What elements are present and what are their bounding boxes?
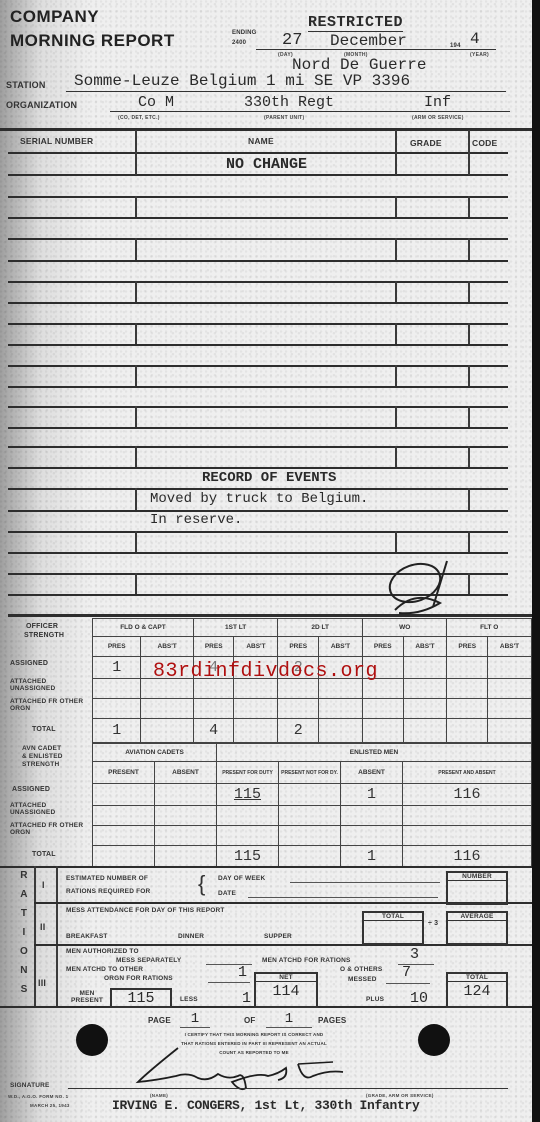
no-change-entry: NO CHANGE bbox=[226, 156, 307, 173]
report-year: 4 bbox=[470, 30, 480, 48]
rule bbox=[8, 510, 508, 512]
cell bbox=[403, 657, 447, 679]
cell: 116 bbox=[403, 784, 532, 806]
col-divider bbox=[395, 406, 397, 427]
rule bbox=[8, 196, 508, 198]
page-number: 1 bbox=[180, 1011, 210, 1028]
part-ii-numeral: II bbox=[40, 922, 45, 932]
less-label: LESS bbox=[180, 996, 198, 1003]
rule bbox=[8, 446, 508, 448]
average-box: AVERAGE bbox=[446, 911, 508, 945]
ending-time-label: 2400 bbox=[232, 40, 246, 46]
col-divider bbox=[395, 281, 397, 302]
col-divider bbox=[135, 446, 137, 467]
col-divider bbox=[468, 323, 470, 344]
subcol-absent: ABSENT bbox=[341, 762, 403, 784]
plus-value: 10 bbox=[410, 990, 428, 1007]
org-arm: Inf bbox=[424, 94, 451, 111]
rations-side-label: R A T I O N S bbox=[14, 870, 34, 1003]
col-divider bbox=[468, 365, 470, 386]
subcol-pres: PRES bbox=[447, 637, 488, 657]
others-messed-label-2: MESSED bbox=[348, 976, 377, 983]
year-prefix: 194 bbox=[450, 43, 461, 49]
subcol-abst: ABS'T bbox=[234, 637, 278, 657]
rule bbox=[8, 488, 508, 490]
date-field bbox=[248, 897, 438, 898]
men-present-label-1: MEN bbox=[66, 990, 108, 997]
subcol-present: PRESENT bbox=[93, 762, 155, 784]
group-wo: WO bbox=[362, 619, 447, 637]
rule bbox=[8, 344, 508, 346]
col-divider bbox=[468, 196, 470, 217]
col-divider bbox=[135, 130, 137, 175]
side-letter: N bbox=[14, 965, 34, 984]
station-value: Somme-Leuze Belgium 1 mi SE VP 3396 bbox=[74, 72, 410, 90]
row-label-assigned: ASSIGNED bbox=[10, 660, 48, 667]
part-iii-numeral: III bbox=[38, 978, 46, 988]
col-name: NAME bbox=[248, 136, 274, 146]
col-divider bbox=[135, 196, 137, 217]
caption-arm: (ARM OR SERVICE) bbox=[412, 115, 464, 121]
rule bbox=[8, 427, 508, 429]
subcol-pres: PRES bbox=[93, 637, 141, 657]
officer-row-attached-fr-other bbox=[93, 699, 532, 719]
col-divider bbox=[135, 281, 137, 302]
signer-name: IRVING E. CONGERS, 1st Lt, 330th Infantr… bbox=[112, 1098, 420, 1113]
side-letter: A bbox=[14, 889, 34, 908]
row-label-attached-unassigned: ATTACHED UNASSIGNED bbox=[10, 678, 90, 692]
col-divider bbox=[135, 573, 137, 594]
total-box: TOTAL bbox=[362, 911, 424, 945]
subcol-pres: PRES bbox=[278, 637, 319, 657]
plus-label: PLUS bbox=[366, 996, 384, 1003]
col-divider bbox=[395, 365, 397, 386]
average-label: AVERAGE bbox=[448, 913, 506, 921]
caption-day: (DAY) bbox=[278, 52, 293, 58]
rule bbox=[8, 323, 508, 325]
subcol-pres: PRES bbox=[193, 637, 234, 657]
col-divider bbox=[468, 238, 470, 260]
event-line-1: Moved by truck to Belgium. bbox=[150, 491, 368, 507]
report-day: 27 bbox=[282, 31, 302, 50]
men-present-label-2: PRESENT bbox=[66, 997, 108, 1004]
col-divider bbox=[468, 281, 470, 302]
group-2d-lt: 2D LT bbox=[278, 619, 363, 637]
subcol-pres: PRES bbox=[362, 637, 403, 657]
net-value: 114 bbox=[256, 982, 316, 1002]
subcol-absent: ABSENT bbox=[155, 762, 217, 784]
men-present-label: MEN PRESENT bbox=[66, 990, 108, 1004]
caption-company: (CO, DET, ETC.) bbox=[118, 115, 160, 121]
rule bbox=[8, 406, 508, 408]
row-label-attached-fr-other: ATTACHED FR OTHER ORGN bbox=[10, 698, 90, 712]
rule bbox=[8, 386, 508, 388]
col-divider bbox=[135, 323, 137, 344]
group-1st-lt: 1ST LT bbox=[193, 619, 278, 637]
date-label: DATE bbox=[218, 890, 236, 897]
enlisted-title-2: & ENLISTED bbox=[22, 753, 63, 760]
net-label: NET bbox=[256, 974, 316, 982]
men-present-value: 115 bbox=[112, 990, 170, 1007]
total-rations-box: TOTAL 124 bbox=[446, 972, 508, 1008]
atchd-for-rations-value: 3 bbox=[410, 946, 419, 963]
day-of-week-label: DAY OF WEEK bbox=[218, 875, 265, 882]
col-divider bbox=[468, 130, 470, 175]
punch-hole-left bbox=[76, 1024, 108, 1056]
mess-sep-label-2: MESS SEPARATELY bbox=[116, 957, 181, 964]
side-letter: R bbox=[14, 870, 34, 889]
signature-label: SIGNATURE bbox=[10, 1082, 50, 1089]
others-messed-value: 7 bbox=[402, 964, 411, 981]
form-title-line1: COMPANY bbox=[10, 8, 99, 26]
group-flt-o: FLT O bbox=[447, 619, 532, 637]
col-divider bbox=[135, 238, 137, 260]
cell: 4 bbox=[193, 719, 234, 743]
subcol-present-not-for-duty: PRESENT NOT FOR DY. bbox=[279, 762, 341, 784]
atchd-other-value: 1 bbox=[238, 964, 247, 981]
est-rations-label-1: ESTIMATED NUMBER OF bbox=[66, 875, 148, 882]
group-enlisted-men: ENLISTED MEN bbox=[217, 744, 532, 762]
total-rations-label: TOTAL bbox=[448, 974, 506, 982]
row-label-attached-fr-other: ATTACHED FR OTHER ORGN bbox=[10, 822, 90, 836]
subcol-abst: ABS'T bbox=[318, 637, 362, 657]
cell: 116 bbox=[403, 846, 532, 868]
pages-label: PAGES bbox=[318, 1016, 346, 1025]
rule bbox=[8, 302, 508, 304]
col-divider bbox=[135, 365, 137, 386]
subcol-abst: ABS'T bbox=[488, 637, 532, 657]
mess-attendance-label: MESS ATTENDANCE FOR DAY OF THIS REPORT bbox=[66, 907, 225, 914]
col-divider bbox=[135, 531, 137, 552]
total-rations-value: 124 bbox=[448, 982, 506, 1002]
rule bbox=[8, 152, 508, 154]
enlisted-row-attached-unassigned bbox=[93, 806, 532, 826]
rule bbox=[8, 281, 508, 283]
enlisted-title-3: STRENGTH bbox=[22, 761, 59, 768]
of-label: OF bbox=[244, 1016, 256, 1025]
page-label: PAGE bbox=[148, 1016, 171, 1025]
punch-hole-right bbox=[418, 1024, 450, 1056]
enlisted-strength-table: AVIATION CADETS ENLISTED MEN PRESENT ABS… bbox=[92, 743, 532, 868]
certify-line-1: I CERTIFY THAT THIS MORNING REPORT IS CO… bbox=[134, 1032, 374, 1037]
signature-line bbox=[68, 1088, 508, 1089]
col-divider bbox=[468, 573, 470, 594]
col-divider bbox=[135, 406, 137, 427]
rule bbox=[8, 365, 508, 367]
divide-by-three: ÷ 3 bbox=[428, 920, 438, 927]
breakfast-label: BREAKFAST bbox=[66, 933, 108, 940]
ending-label: ENDING bbox=[232, 30, 257, 36]
subcol-present-for-duty: PRESENT FOR DUTY bbox=[217, 762, 279, 784]
number-label: NUMBER bbox=[448, 873, 506, 881]
divider bbox=[0, 866, 532, 868]
rule bbox=[8, 467, 508, 469]
enlisted-row-total: 115 1 116 bbox=[93, 846, 532, 868]
est-rations-label-2: RATIONS REQUIRED FOR bbox=[66, 888, 150, 895]
less-value: 1 bbox=[242, 990, 251, 1007]
officer-row-total: 1 4 2 bbox=[93, 719, 532, 743]
rations-border bbox=[34, 866, 36, 1008]
form-date: MARCH 25, 1943 bbox=[30, 1103, 70, 1108]
rule bbox=[8, 531, 508, 533]
officer-signature bbox=[128, 1042, 368, 1094]
rule bbox=[8, 174, 508, 176]
col-grade: GRADE bbox=[410, 138, 442, 148]
cell: 1 bbox=[93, 719, 141, 743]
side-letter: O bbox=[14, 946, 34, 965]
form-title-line2: MORNING REPORT bbox=[10, 32, 175, 50]
report-month: December bbox=[330, 32, 407, 50]
watermark-text: 83rdinfdivdocs.org bbox=[153, 660, 378, 683]
officer-strength-title-1: OFFICER bbox=[26, 623, 58, 630]
group-aviation-cadets: AVIATION CADETS bbox=[93, 744, 217, 762]
cell: 1 bbox=[93, 657, 141, 679]
others-messed-field bbox=[386, 983, 430, 984]
col-divider bbox=[395, 130, 397, 175]
men-present-box: 115 bbox=[110, 988, 172, 1008]
col-divider bbox=[468, 446, 470, 467]
org-parent-unit: 330th Regt bbox=[244, 94, 334, 111]
rations-border bbox=[56, 866, 58, 1008]
organization-label: ORGANIZATION bbox=[6, 100, 77, 110]
cell: 2 bbox=[278, 719, 319, 743]
supper-label: SUPPER bbox=[264, 933, 292, 940]
day-of-week-field bbox=[290, 882, 440, 883]
caption-parent-unit: (PARENT UNIT) bbox=[264, 115, 304, 121]
cell: 1 bbox=[341, 784, 403, 806]
row-label-total: TOTAL bbox=[32, 726, 56, 733]
rule bbox=[8, 260, 508, 262]
col-divider bbox=[135, 488, 137, 510]
atchd-for-rations-label: MEN ATCHD FOR RATIONS bbox=[262, 957, 351, 964]
officer-strength-title-2: STRENGTH bbox=[24, 632, 64, 639]
row-label-assigned: ASSIGNED bbox=[12, 786, 50, 793]
enlisted-row-assigned: 115 1 116 bbox=[93, 784, 532, 806]
row-label-attached-unassigned: ATTACHED UNASSIGNED bbox=[10, 802, 90, 816]
total-label: TOTAL bbox=[364, 913, 422, 921]
morning-report-page: COMPANY MORNING REPORT RESTRICTED ENDING… bbox=[0, 0, 532, 1122]
cell: 115 bbox=[217, 846, 279, 868]
subcol-present-and-absent: PRESENT AND ABSENT bbox=[403, 762, 532, 784]
subcol-abst: ABS'T bbox=[141, 637, 193, 657]
station-label: STATION bbox=[6, 80, 46, 90]
initials-mark bbox=[385, 555, 465, 620]
cell: 115 bbox=[217, 784, 279, 806]
rule bbox=[8, 238, 508, 240]
total-pages: 1 bbox=[266, 1011, 312, 1028]
scan-edge bbox=[532, 0, 540, 1122]
col-divider bbox=[395, 196, 397, 217]
atchd-other-field bbox=[208, 982, 250, 983]
col-divider bbox=[395, 446, 397, 467]
col-serial-number: SERIAL NUMBER bbox=[20, 136, 93, 146]
record-of-events-title: RECORD OF EVENTS bbox=[202, 470, 336, 486]
caption-year: (YEAR) bbox=[470, 52, 489, 58]
brace: { bbox=[198, 872, 205, 896]
divider bbox=[0, 128, 532, 131]
rule bbox=[8, 552, 508, 554]
mess-sep-label-1: MEN AUTHORIZED TO bbox=[66, 948, 139, 955]
others-messed-label-1: O & OTHERS bbox=[340, 966, 382, 973]
enlisted-title-1: AVN CADET bbox=[22, 745, 61, 752]
dinner-label: DINNER bbox=[178, 933, 204, 940]
atchd-other-label-2: ORGN FOR RATIONS bbox=[104, 975, 173, 982]
col-divider bbox=[395, 531, 397, 552]
part-i-numeral: I bbox=[42, 880, 45, 890]
org-company: Co M bbox=[138, 94, 174, 111]
cell: 1 bbox=[341, 846, 403, 868]
number-box: NUMBER bbox=[446, 871, 508, 905]
col-divider bbox=[395, 323, 397, 344]
col-code: CODE bbox=[472, 138, 497, 148]
col-divider bbox=[468, 488, 470, 510]
side-letter: I bbox=[14, 927, 34, 946]
row-label-total: TOTAL bbox=[32, 851, 56, 858]
enlisted-row-attached-fr-other bbox=[93, 826, 532, 846]
side-letter: S bbox=[14, 984, 34, 1003]
atchd-other-label-1: MEN ATCHD TO OTHER bbox=[66, 966, 143, 973]
classification-stamp: RESTRICTED bbox=[308, 14, 403, 32]
event-line-2: In reserve. bbox=[150, 512, 242, 528]
net-box: NET 114 bbox=[254, 972, 318, 1008]
side-letter: T bbox=[14, 908, 34, 927]
subcol-abst: ABS'T bbox=[403, 637, 447, 657]
cell bbox=[447, 657, 488, 679]
rule bbox=[8, 217, 508, 219]
cell bbox=[488, 657, 532, 679]
group-fld-o-capt: FLD O & CAPT bbox=[93, 619, 194, 637]
col-divider bbox=[468, 531, 470, 552]
form-number: W.D., A.G.O. FORM NO. 1 bbox=[8, 1094, 69, 1099]
col-divider bbox=[468, 406, 470, 427]
col-divider bbox=[395, 238, 397, 260]
